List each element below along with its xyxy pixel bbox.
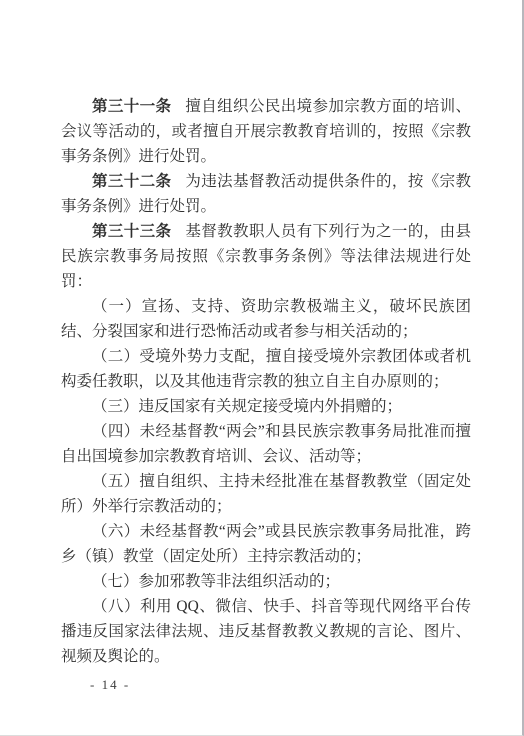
article-33-paragraph: 第三十三条基督教教职人员有下列行为之一的，由县民族宗教事务局按照《宗教事务条例》… <box>61 219 471 294</box>
document-page: 第三十一条擅自组织公民出境参加宗教方面的培训、会议等活动的，或者擅自开展宗教教育… <box>0 0 524 736</box>
list-item-1-text: （一）宣扬、支持、资助宗教极端主义，破坏民族团结、分裂国家和进行恐怖活动或者参与… <box>61 298 471 340</box>
article-31-number: 第三十一条 <box>92 98 185 115</box>
page-number: - 14 - <box>90 677 130 693</box>
article-31-paragraph: 第三十一条擅自组织公民出境参加宗教方面的培训、会议等活动的，或者擅自开展宗教教育… <box>61 94 471 169</box>
list-item-8-text: （八）利用 QQ、微信、快手、抖音等现代网络平台传播违反国家法律法规、违反基督教… <box>61 598 471 665</box>
list-item-3: （三）违反国家有关规定接受境内外捐赠的； <box>61 394 471 419</box>
list-item-6-text: （六）未经基督教“两会”或县民族宗教事务局批准，跨乡（镇）教堂（固定处所）主持宗… <box>61 523 471 565</box>
list-item-4: （四）未经基督教“两会”和县民族宗教事务局批准而擅自出国境参加宗教教育培训、会议… <box>61 419 471 469</box>
list-item-5-text: （五）擅自组织、主持未经批准在基督教教堂（固定处所）外举行宗教活动的； <box>61 473 471 515</box>
list-item-2: （二）受境外势力支配，擅自接受境外宗教团体或者机构委任教职，以及其他违背宗教的独… <box>61 344 471 394</box>
article-32-paragraph: 第三十二条为违法基督教活动提供条件的，按《宗教事务条例》进行处罚。 <box>61 169 471 219</box>
article-33-number: 第三十三条 <box>92 223 185 240</box>
list-item-5: （五）擅自组织、主持未经批准在基督教教堂（固定处所）外举行宗教活动的； <box>61 469 471 519</box>
list-item-4-text: （四）未经基督教“两会”和县民族宗教事务局批准而擅自出国境参加宗教教育培训、会议… <box>61 423 471 465</box>
list-item-3-text: （三）违反国家有关规定接受境内外捐赠的； <box>92 398 402 415</box>
list-item-7-text: （七）参加邪教等非法组织活动的； <box>92 573 340 590</box>
list-item-1: （一）宣扬、支持、资助宗教极端主义，破坏民族团结、分裂国家和进行恐怖活动或者参与… <box>61 294 471 344</box>
list-item-6: （六）未经基督教“两会”或县民族宗教事务局批准，跨乡（镇）教堂（固定处所）主持宗… <box>61 519 471 569</box>
list-item-2-text: （二）受境外势力支配，擅自接受境外宗教团体或者机构委任教职，以及其他违背宗教的独… <box>61 348 471 390</box>
document-body: 第三十一条擅自组织公民出境参加宗教方面的培训、会议等活动的，或者擅自开展宗教教育… <box>61 94 471 669</box>
list-item-7: （七）参加邪教等非法组织活动的； <box>61 569 471 594</box>
list-item-8: （八）利用 QQ、微信、快手、抖音等现代网络平台传播违反国家法律法规、违反基督教… <box>61 594 471 669</box>
article-32-number: 第三十二条 <box>92 173 185 190</box>
